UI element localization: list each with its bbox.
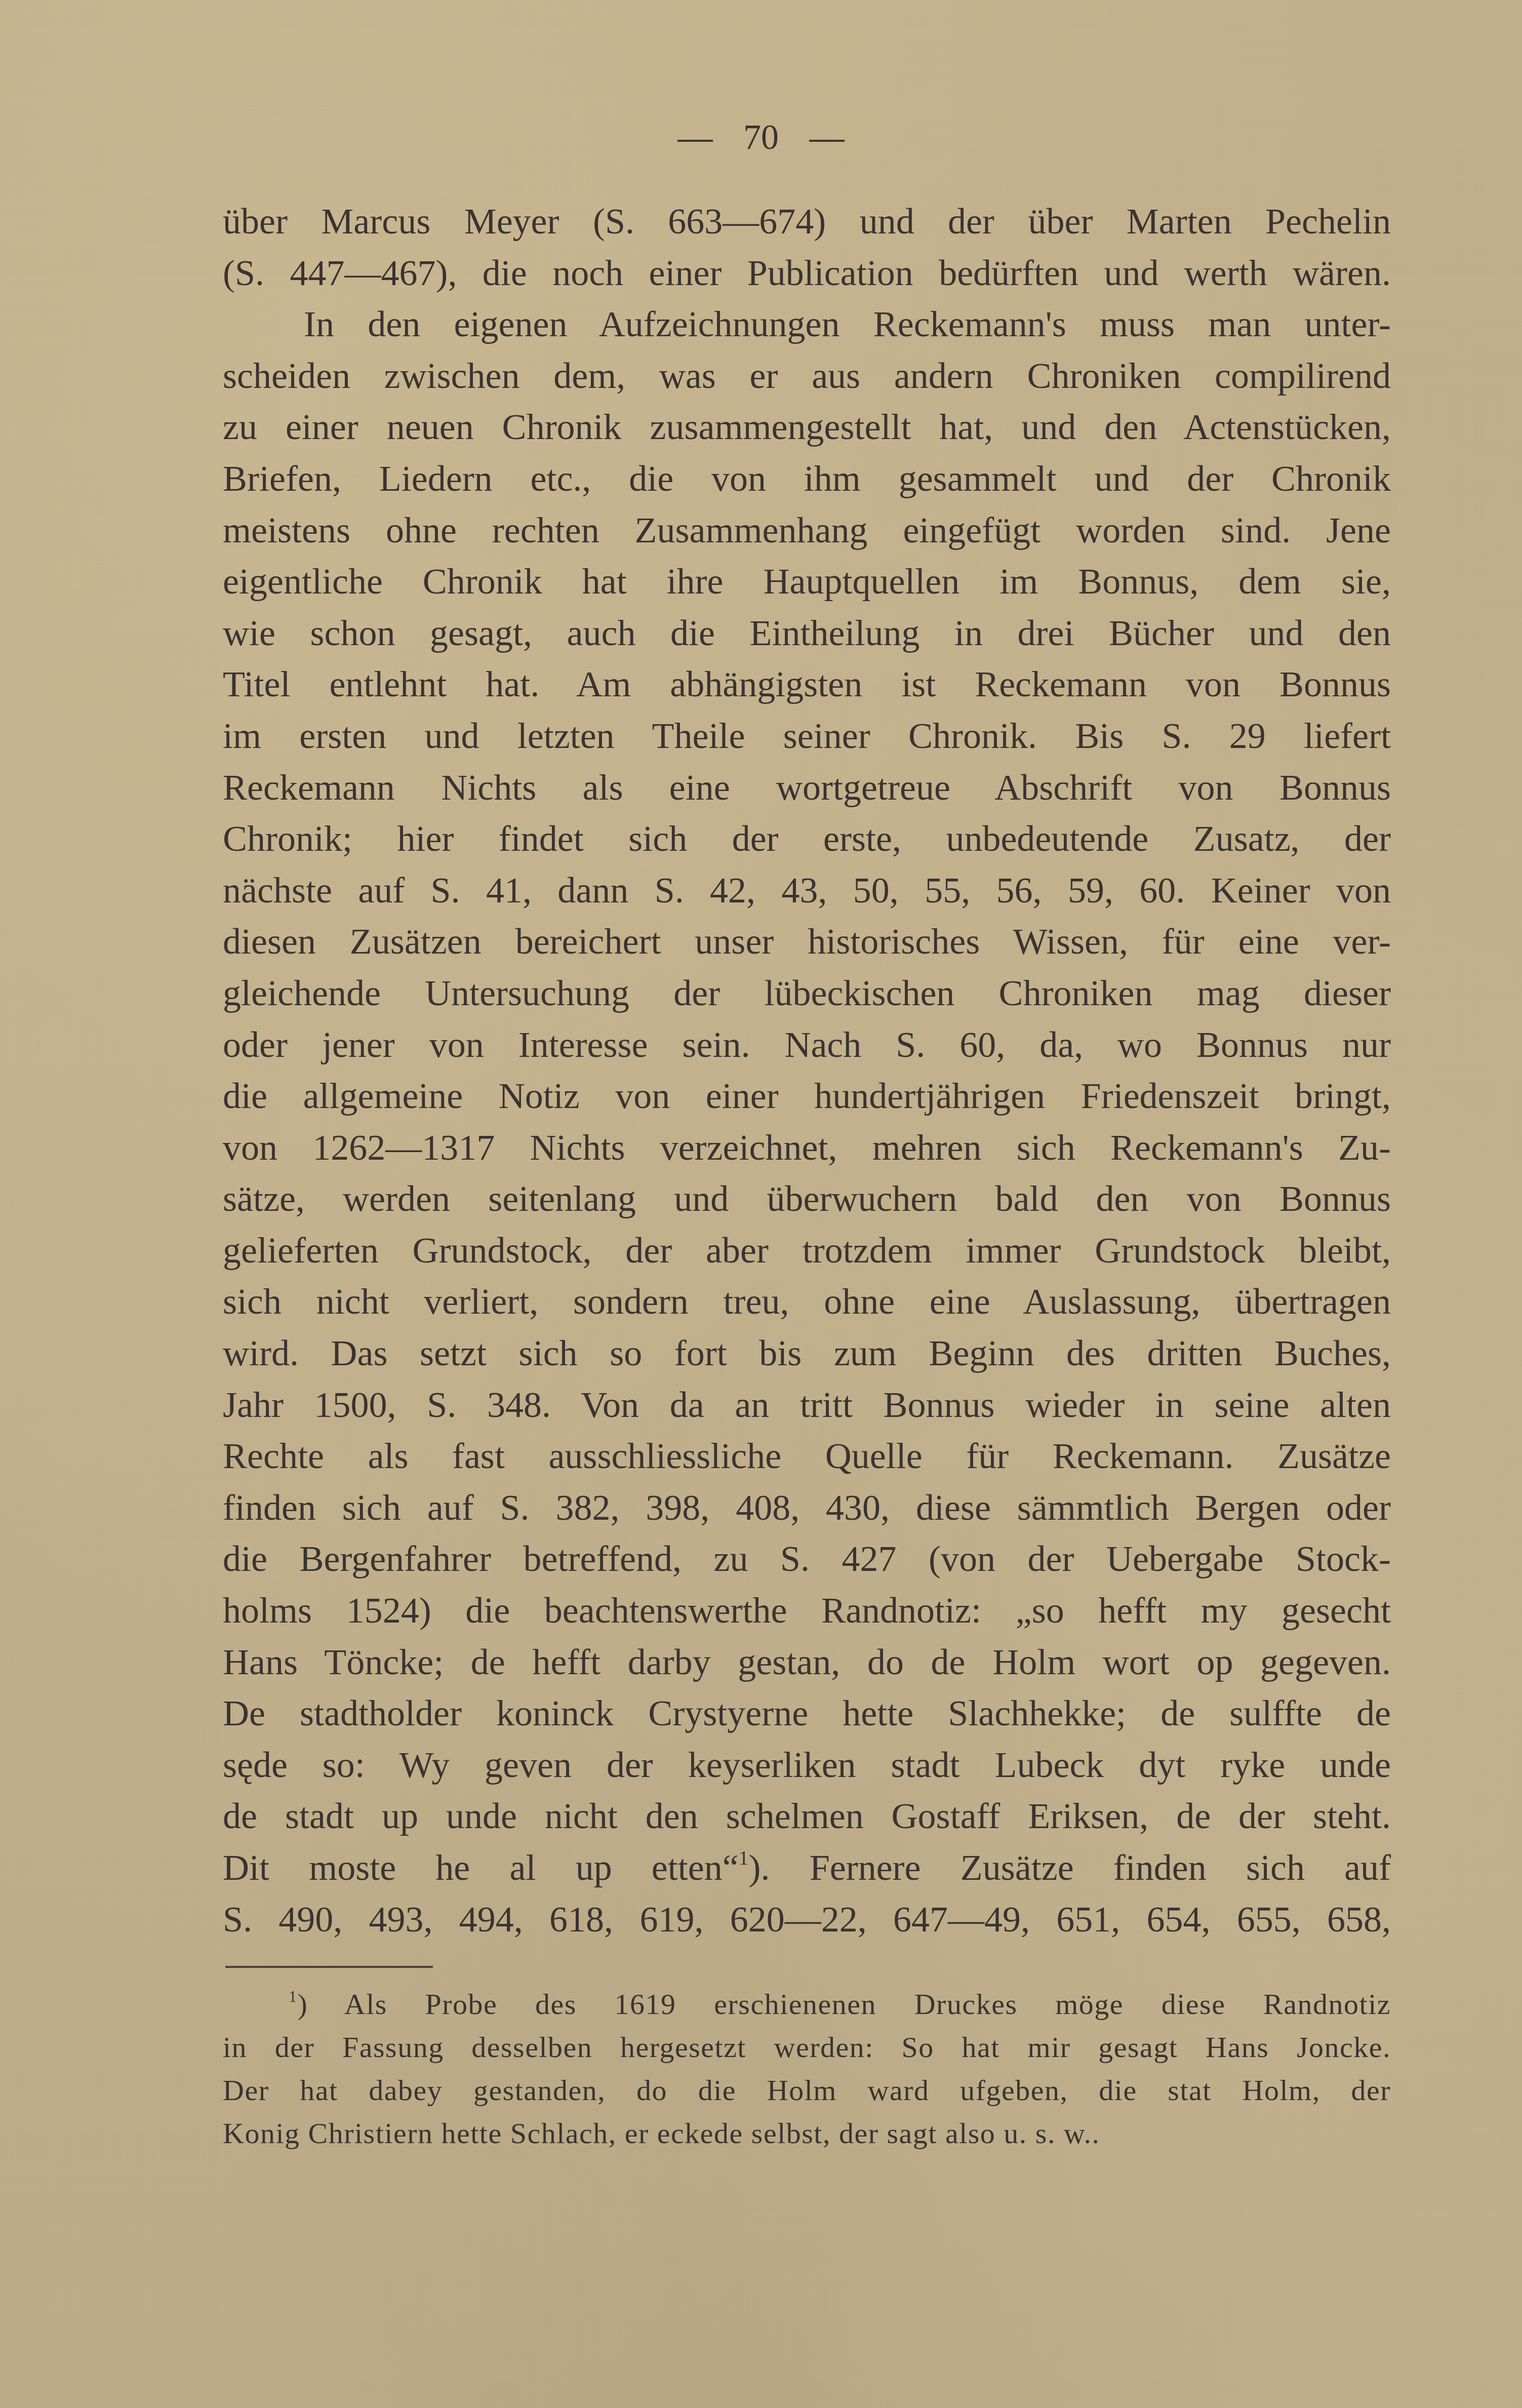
body-line: de stadt up unde nicht den schelmen Gost… xyxy=(223,1791,1391,1842)
body-line: zu einer neuen Chronik zusammengestellt … xyxy=(223,402,1391,453)
body-line: (S. 447—467), die noch einer Publication… xyxy=(223,248,1391,299)
footnote-line-last: Konig Christiern hette Schlach, er ecked… xyxy=(223,2112,1391,2155)
body-line: sich nicht verliert, sondern treu, ohne … xyxy=(223,1276,1391,1328)
body-line: sęde so: Wy geven der keyserliken stadt … xyxy=(223,1740,1391,1791)
body-line: Hans Töncke; de hefft darby gestan, do d… xyxy=(223,1637,1391,1688)
body-line: die Bergenfahrer betreffend, zu S. 427 (… xyxy=(223,1533,1391,1585)
body-line: über Marcus Meyer (S. 663—674) und der ü… xyxy=(223,196,1391,248)
body-line: Jahr 1500, S. 348. Von da an tritt Bonnu… xyxy=(223,1379,1391,1431)
footnotes: 1) Als Probe des 1619 erschienenen Druck… xyxy=(223,1983,1391,2155)
folio-dash-left xyxy=(677,140,713,142)
body-line: die allgemeine Notiz von einer hundertjä… xyxy=(223,1071,1391,1122)
body-line: wie schon gesagt, auch die Eintheilung i… xyxy=(223,608,1391,659)
body-line: Briefen, Liedern etc., die von ihm gesam… xyxy=(223,453,1391,505)
body-line: Rechte als fast ausschliessliche Quelle … xyxy=(223,1431,1391,1482)
body-line-paragraph-start: In den eigenen Aufzeichnungen Reckemann'… xyxy=(223,299,1391,350)
body-line: gleichende Untersuchung der lübeckischen… xyxy=(223,968,1391,1019)
body-line: von 1262—1317 Nichts verzeichnet, mehren… xyxy=(223,1122,1391,1174)
body-line: Titel entlehnt hat. Am abhängigsten ist … xyxy=(223,659,1391,710)
line-text-after-ref: ). Fernere Zusätze finden sich auf xyxy=(749,1847,1391,1888)
body-line: oder jener von Interesse sein. Nach S. 6… xyxy=(223,1019,1391,1071)
folio-dash-right xyxy=(809,140,845,142)
footnote-line: in der Fassung desselben hergesetzt werd… xyxy=(223,2026,1391,2069)
body-line: nächste auf S. 41, dann S. 42, 43, 50, 5… xyxy=(223,865,1391,917)
body-line: Reckemann Nichts als eine wortgetreue Ab… xyxy=(223,762,1391,814)
footnote-reference[interactable]: 1 xyxy=(739,1847,749,1869)
footnote-separator-rule xyxy=(225,1966,433,1968)
footnote-marker: 1 xyxy=(289,1988,297,2005)
body-line: holms 1524) die beachtenswerthe Randnoti… xyxy=(223,1585,1391,1637)
line-text-before-ref: Dit moste he al up etten“ xyxy=(223,1847,739,1888)
body-line: sätze, werden seitenlang und überwuchern… xyxy=(223,1173,1391,1225)
body-text: über Marcus Meyer (S. 663—674) und der ü… xyxy=(223,196,1391,1945)
body-line: S. 490, 493, 494, 618, 619, 620—22, 647—… xyxy=(223,1894,1391,1946)
body-line: scheiden zwischen dem, was er aus andern… xyxy=(223,350,1391,402)
body-line: eigentliche Chronik hat ihre Hauptquelle… xyxy=(223,556,1391,608)
footnote-line: 1) Als Probe des 1619 erschienenen Druck… xyxy=(223,1983,1391,2026)
body-line: diesen Zusätzen bereichert unser histori… xyxy=(223,916,1391,968)
body-line: wird. Das setzt sich so fort bis zum Beg… xyxy=(223,1328,1391,1379)
book-page: 70 über Marcus Meyer (S. 663—674) und de… xyxy=(0,0,1522,2408)
body-line: De stadtholder koninck Crystyerne hette … xyxy=(223,1688,1391,1740)
page-number: 70 xyxy=(0,112,1522,163)
body-line: finden sich auf S. 382, 398, 408, 430, d… xyxy=(223,1482,1391,1534)
body-line: meistens ohne rechten Zusammenhang einge… xyxy=(223,505,1391,557)
footnote-line: Der hat dabey gestanden, do die Holm war… xyxy=(223,2069,1391,2112)
body-line: gelieferten Grundstock, der aber trotzde… xyxy=(223,1225,1391,1277)
footnote-text: ) Als Probe des 1619 erschienenen Drucke… xyxy=(297,1988,1391,2021)
folio-number: 70 xyxy=(743,118,779,157)
body-line-with-footnote-ref: Dit moste he al up etten“1). Fernere Zus… xyxy=(223,1842,1391,1894)
body-line: im ersten und letzten Theile seiner Chro… xyxy=(223,710,1391,762)
body-line: Chronik; hier findet sich der erste, unb… xyxy=(223,813,1391,865)
